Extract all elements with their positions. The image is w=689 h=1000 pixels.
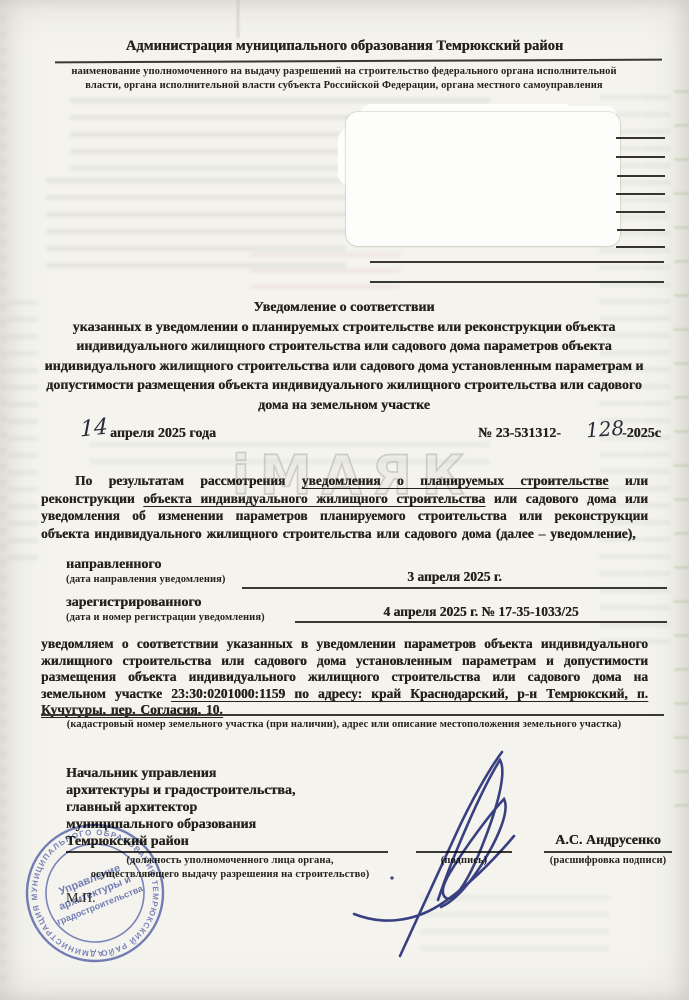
document-title-heading: Уведомление о соответствии <box>40 298 648 318</box>
form-ruled-line <box>616 156 665 158</box>
sent-value-line <box>242 587 667 589</box>
header-caption-line1: наименование уполномоченного на выдачу р… <box>40 66 648 77</box>
form-ruled-line <box>370 281 664 283</box>
bleed-through-texture <box>250 252 400 294</box>
result-paragraph-underlined-1: уведомления о планируемых строительстве <box>302 473 609 488</box>
form-ruled-line <box>616 246 665 248</box>
document-title: Уведомление о соответствии указанных в у… <box>40 298 648 415</box>
registered-label: зарегистрированного <box>66 595 201 611</box>
registered-value-line <box>295 621 667 623</box>
signatory-name: А.С. Андрусенко <box>546 833 670 849</box>
name-underline <box>544 851 672 853</box>
registered-value: 4 апреля 2025 г. № 17-35-1033/25 <box>295 604 667 620</box>
redaction-sticker <box>346 112 620 246</box>
signature-dot <box>390 876 393 879</box>
registered-caption: (дата и номер регистрации уведомления) <box>66 612 265 623</box>
form-ruled-line <box>617 229 665 231</box>
position-line: Начальник управления <box>66 765 295 782</box>
result-paragraph-lead: По результатам рассмотрения <box>75 473 302 488</box>
header-underline <box>55 59 662 64</box>
name-caption: (расшифровка подписи) <box>536 855 680 866</box>
signature-stroke <box>441 799 506 907</box>
bleed-through-texture <box>90 442 490 470</box>
address-caption: (кадастровый номер земельного участка (п… <box>44 719 644 730</box>
issuing-authority-name: Администрация муниципального образования… <box>30 38 659 55</box>
sent-date-value: 3 апреля 2025 г. <box>242 569 667 585</box>
official-stamp: АДМИНИСТРАЦИЯ МУНИЦИПАЛЬНОГО ОБРАЗОВАНИЯ… <box>10 808 179 977</box>
document-number-prefix: № 23-531312- <box>478 426 561 442</box>
handwritten-signature <box>342 738 542 960</box>
form-ruled-line <box>616 137 665 139</box>
form-ruled-line <box>616 211 665 213</box>
address-rule <box>41 714 664 716</box>
form-ruled-line <box>616 193 665 195</box>
header-caption-line2: власти, органа исполнительной власти суб… <box>40 80 648 91</box>
sent-label: направленного <box>66 557 161 573</box>
scan-crease <box>237 0 239 38</box>
date-text: апреля 2025 года <box>110 426 216 442</box>
conclusion-paragraph: уведомляем о соответствии указанных в ув… <box>41 636 648 719</box>
handwritten-day: 14 <box>80 414 108 442</box>
document-page: Администрация муниципального образования… <box>0 0 689 1000</box>
document-number-suffix: -2025с <box>622 426 661 442</box>
bleed-through-texture <box>8 300 38 560</box>
sent-caption: (дата направления уведомления) <box>66 574 226 585</box>
result-paragraph: По результатам рассмотрения уведомления … <box>41 472 648 542</box>
margin-marks <box>674 90 689 810</box>
form-ruled-line <box>617 175 665 177</box>
position-line: главный архитектор <box>66 799 295 816</box>
document-title-body: указанных в уведомлении о планируемых ст… <box>40 318 648 416</box>
bleed-through-texture <box>46 178 346 276</box>
handwritten-number: 128 <box>585 416 625 443</box>
form-ruled-line <box>370 261 664 263</box>
paper-edge <box>0 0 7 1000</box>
position-line: архитектуры и градостроительства, <box>66 782 295 799</box>
result-paragraph-underlined-2: объекта индивидуального жилищного строит… <box>143 491 485 506</box>
